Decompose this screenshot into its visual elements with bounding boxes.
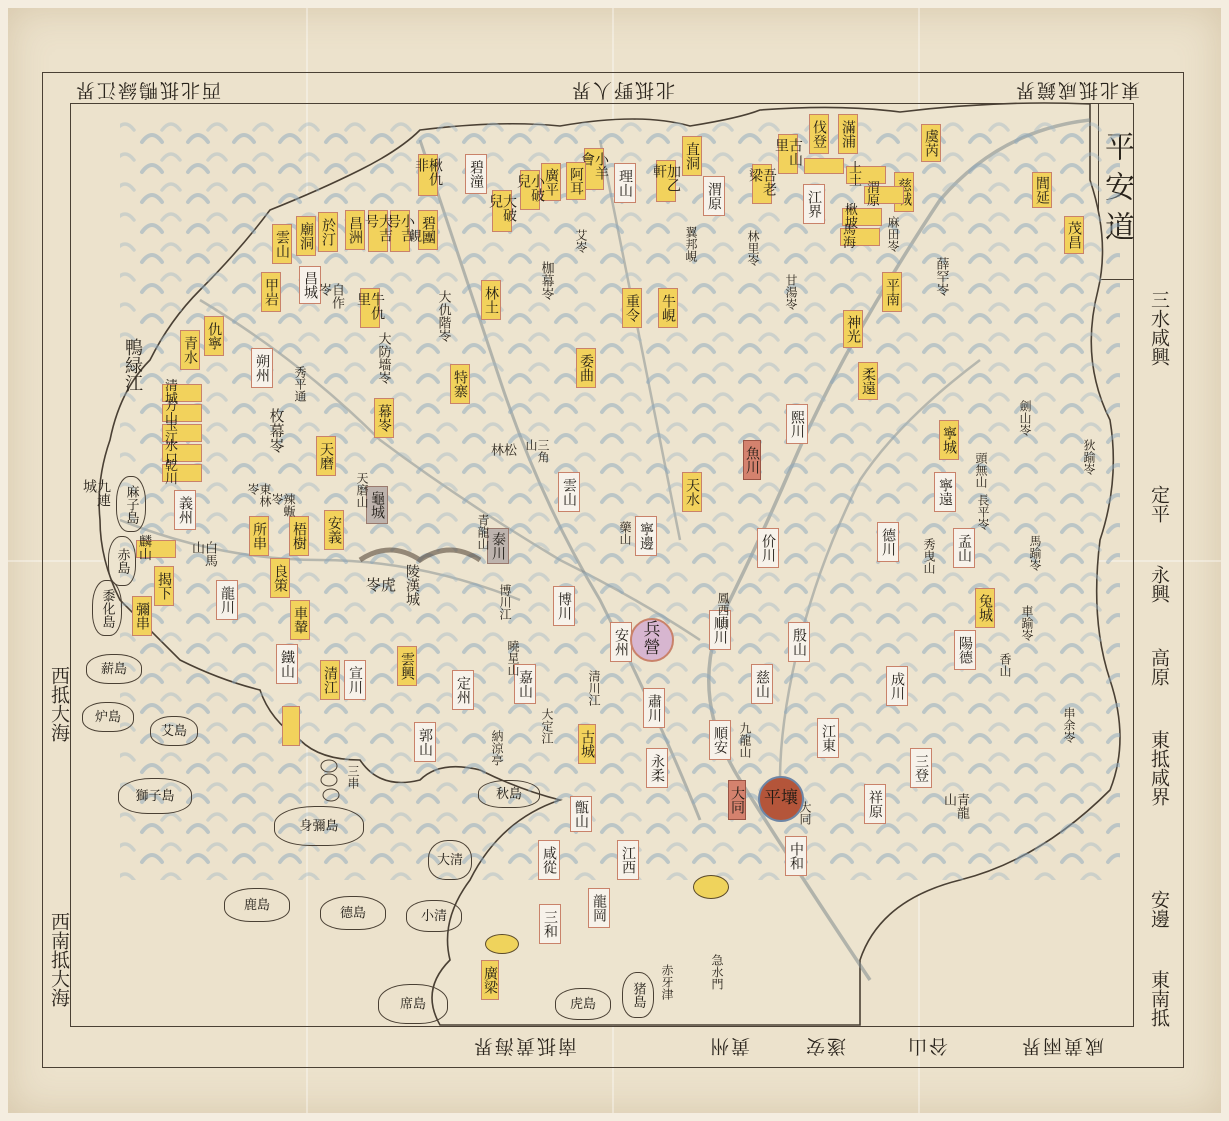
- capital-marker: 平壤: [758, 776, 804, 822]
- terrain-label: 頭無山: [974, 448, 988, 492]
- terrain-label: 翼邦峴: [684, 222, 698, 266]
- county-label: 三登: [910, 748, 932, 788]
- terrain-label: 三角山: [530, 436, 544, 476]
- county-label: 馬海: [840, 228, 880, 246]
- county-label: 三和: [539, 904, 561, 944]
- terrain-label: 長平岺: [976, 490, 990, 534]
- island-label: 薪島: [86, 654, 142, 684]
- county-label: 古城: [578, 724, 596, 764]
- terrain-label: 大仇階岺: [436, 286, 450, 346]
- island-label: 獅子島: [118, 778, 192, 814]
- county-label: 吾老梁: [752, 164, 772, 204]
- county-label: 神光: [843, 310, 863, 348]
- county-label: 柔遠: [858, 362, 878, 400]
- terrain-label: 林里岺: [746, 226, 760, 270]
- county-label: 碧潼: [465, 154, 487, 194]
- county-label: 渭原: [864, 186, 904, 204]
- terrain-label: 馬踰岺: [1028, 528, 1042, 578]
- county-label: 廟洞: [296, 216, 316, 256]
- county-label: 大吉号: [368, 210, 388, 252]
- county-label: 陽德: [954, 630, 976, 670]
- island-label: 炉島: [82, 702, 134, 732]
- county-label: 小羊會: [584, 148, 604, 190]
- county-label: 中和: [785, 836, 807, 876]
- county-label: 肅川: [643, 688, 665, 728]
- county-label: 甑山: [570, 796, 592, 832]
- terrain-label: 車踰岺: [1020, 598, 1034, 648]
- island-label: 猪島: [622, 972, 654, 1018]
- terrain-label: 青龍山: [948, 790, 962, 834]
- terrain-label: 劍山岺: [1018, 396, 1032, 440]
- county-label: 价川: [757, 528, 779, 568]
- county-label: 寧邊: [635, 516, 657, 556]
- county-label: 寧遠: [934, 472, 956, 512]
- terrain-label: 艾岺: [574, 226, 588, 256]
- terrain-label: 香山: [998, 650, 1012, 680]
- terrain-label: 東林岺: [252, 480, 266, 520]
- terrain-label: 九龍山: [738, 718, 752, 762]
- terrain-label: 博川江: [498, 580, 512, 624]
- county-label: 安義: [324, 510, 344, 550]
- county-label: 江界: [803, 184, 825, 224]
- county-label: 龜城: [366, 486, 388, 524]
- island-label: 鹿島: [224, 888, 290, 922]
- county-label: 所串: [249, 516, 269, 556]
- county-label: 清江: [320, 660, 340, 700]
- county-label: 牛仇里: [360, 288, 380, 328]
- county-label: 朔州: [251, 348, 273, 388]
- terrain-label: 辣蝂岺: [276, 490, 290, 530]
- county-label: 天磨: [316, 436, 336, 476]
- county-label: 直洞: [682, 136, 702, 176]
- county-label: 伐登: [809, 114, 829, 154]
- island-label: 麻子島: [116, 476, 146, 532]
- island-label: 身彌島: [274, 806, 364, 846]
- county-label: 小破兒: [520, 170, 540, 210]
- county-label: 德川: [877, 522, 899, 562]
- county-label: 青水: [180, 330, 200, 370]
- county-label: 廣梁: [481, 960, 499, 1000]
- county-label: 加乙軒: [656, 160, 676, 202]
- county-label: 殷山: [788, 622, 810, 662]
- county-label: 泰川: [487, 528, 509, 564]
- county-label: 大破兒: [492, 190, 512, 232]
- county-label: 麟山: [136, 540, 176, 558]
- oval-label: [485, 934, 519, 954]
- county-label: 龍川: [216, 580, 238, 620]
- county-label: 永柔: [646, 748, 668, 788]
- county-label: 寧城: [939, 420, 959, 460]
- county-label: 林土: [481, 280, 501, 320]
- county-label: 揭下: [154, 566, 174, 606]
- county-label: 渭原: [703, 176, 725, 216]
- terrain-label: 藥山: [618, 518, 632, 548]
- county-label: 閭延: [1032, 172, 1052, 208]
- terrain-label: 白馬山: [196, 538, 210, 582]
- terrain-label: 三串: [346, 762, 360, 792]
- county-label: 祥原: [864, 784, 886, 824]
- terrain-label: 納涼亭: [490, 726, 504, 770]
- terrain-label: 秀曳山: [922, 534, 936, 578]
- terrain-label: 九連城: [88, 476, 104, 522]
- terrain-label: 虎岺: [372, 574, 388, 608]
- terrain-label: 天磨山: [355, 468, 369, 512]
- island-label: 席島: [378, 984, 448, 1024]
- terrain-label: 狄踰岺: [1082, 432, 1096, 482]
- county-label: 彌串: [132, 596, 152, 636]
- county-label: 鐵山: [276, 644, 298, 684]
- county-label: 雲山: [558, 472, 580, 512]
- terrain-label: 薛罕岺: [934, 252, 948, 300]
- county-label: 江東: [817, 718, 839, 758]
- county-label: 咸從: [538, 840, 560, 880]
- terrain-label: 自作岺: [323, 280, 337, 324]
- county-label: 阿耳: [566, 162, 586, 200]
- county-label: 昌洲: [345, 210, 365, 250]
- county-label: 乾川: [162, 464, 202, 482]
- county-label: 孟山: [953, 528, 975, 568]
- county-label: 兔城: [975, 588, 995, 628]
- island-label: 小清: [406, 900, 462, 932]
- terrain-label: 大定江: [540, 704, 554, 748]
- county-label: 牛峴: [658, 288, 678, 328]
- county-label: 於汀: [318, 212, 338, 252]
- county-label: 大同: [728, 780, 746, 820]
- island-label: 秋島: [478, 780, 540, 808]
- county-label: 天水: [682, 472, 702, 512]
- island-label: 德島: [320, 896, 386, 930]
- county-label: 龍岡: [588, 888, 610, 928]
- county-label: 甲岩: [261, 272, 281, 312]
- county-label: 順安: [709, 720, 731, 760]
- county-label: 楸仇非: [418, 154, 438, 196]
- terrain-label: 麻田岺: [886, 212, 900, 256]
- county-label: 博川: [553, 586, 575, 626]
- county-label: 平南: [882, 272, 902, 312]
- terrain-label: 甘湯岺: [784, 270, 798, 314]
- county-label: 理山: [614, 163, 636, 203]
- terrain-label: 赤牙津: [660, 960, 674, 1004]
- terrain-label: 曉星山: [506, 636, 520, 680]
- county-label: 重令: [622, 288, 642, 328]
- county-label: 熙川: [786, 404, 808, 444]
- island-label: 艾島: [150, 716, 198, 746]
- terrain-label: 枷幕岺: [539, 256, 553, 304]
- oval-label: [693, 875, 729, 899]
- terrain-label: 串余岺: [1062, 700, 1076, 750]
- county-label: 滿浦: [838, 114, 858, 154]
- county-label: 安州: [610, 622, 632, 662]
- terrain-label: 陵漢城: [404, 560, 420, 610]
- county-label: 魚川: [743, 440, 761, 480]
- county-label: 慈山: [751, 664, 773, 704]
- county-label: 宣川: [344, 660, 366, 700]
- county-label: 幕岺: [374, 398, 394, 438]
- island-label: 黍化島: [92, 580, 122, 636]
- terrain-label: 鳳西山: [716, 588, 730, 632]
- terrain-label: 清川江: [587, 666, 601, 710]
- county-label: 茂昌: [1064, 216, 1084, 254]
- terrain-label: 急水門: [710, 950, 724, 994]
- county-label: 仇寧: [204, 316, 224, 356]
- terrain-label: 青龍山: [476, 510, 490, 554]
- county-label: 成川: [886, 666, 908, 706]
- county-label: 車輦: [290, 600, 310, 640]
- terrain-label: 松林: [495, 440, 509, 470]
- terrain-label: 三峴: [413, 226, 427, 256]
- blank-tag: [804, 158, 844, 174]
- terrain-label: 鴨緑江: [122, 330, 142, 400]
- county-label: 江西: [617, 840, 639, 880]
- terrain-label: 枚幕岺: [268, 400, 284, 460]
- county-label: 特寨: [450, 364, 470, 404]
- island-label: 大清: [428, 840, 472, 880]
- county-label: 虞芮: [921, 124, 941, 162]
- terrain-label: 秀平通: [293, 362, 307, 406]
- county-label: 古山里: [778, 134, 798, 174]
- county-label: 定州: [452, 670, 474, 710]
- island-label: 虎島: [555, 988, 611, 1020]
- county-label: 郭山: [414, 722, 436, 762]
- county-label: 良策: [270, 558, 290, 598]
- county-label: 委曲: [576, 348, 596, 388]
- county-label: 雲興: [397, 646, 417, 686]
- terrain-label: 大防墻岺: [376, 328, 390, 388]
- county-label: 雲山: [272, 224, 292, 264]
- county-label: 義州: [174, 490, 196, 530]
- blank-tag: [282, 706, 300, 746]
- island-label: 赤島: [108, 536, 136, 586]
- capital-marker: 兵營: [630, 618, 674, 662]
